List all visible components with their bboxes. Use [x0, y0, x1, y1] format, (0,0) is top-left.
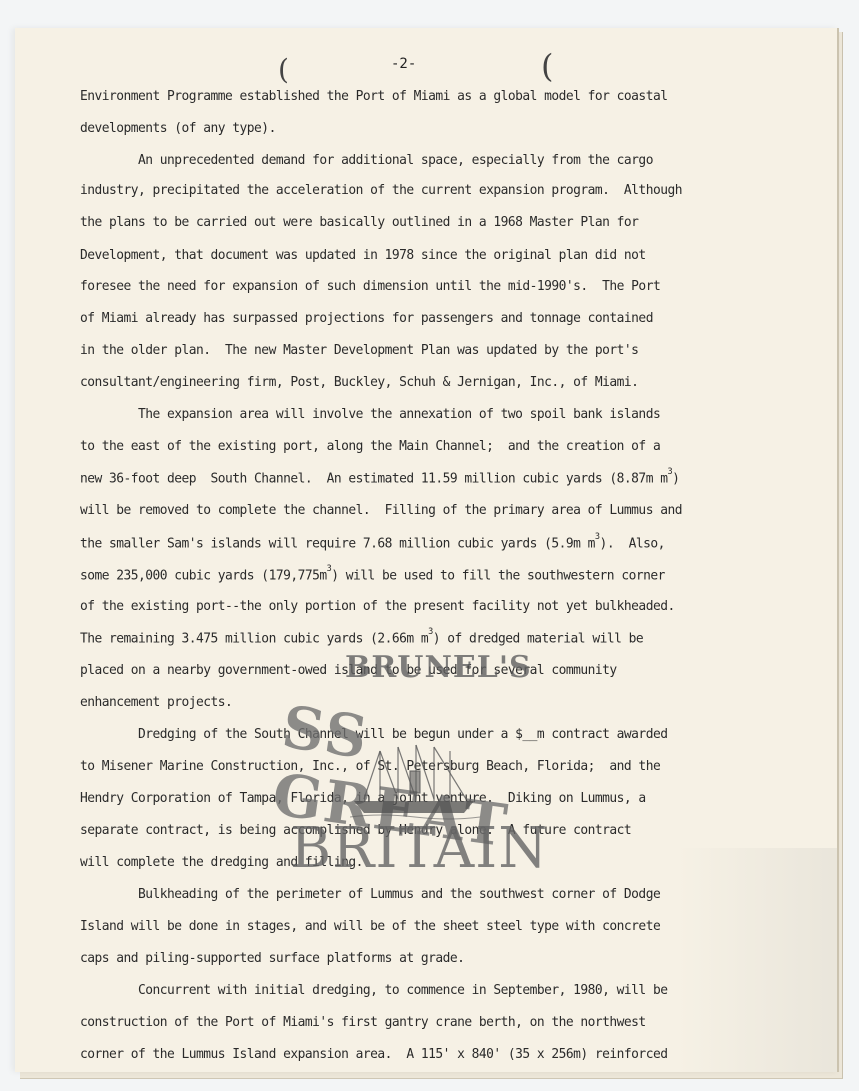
line-text: Concurrent with initial dredging, to com…	[80, 982, 667, 998]
line-text: construction of the Port of Miami's firs…	[80, 1014, 646, 1030]
text-line: some 235,000 cubic yards (179,775m3) wil…	[80, 567, 665, 584]
superscript: 3	[428, 627, 433, 637]
line-text: Environment Programme established the Po…	[80, 88, 667, 104]
line-text: of the existing port--the only portion o…	[80, 598, 675, 614]
text-line: the smaller Sam's islands will require 7…	[80, 535, 665, 552]
superscript: 3	[595, 532, 600, 542]
line-text: some 235,000 cubic yards (179,775m	[80, 568, 327, 584]
line-text: placed on a nearby government-owed islan…	[80, 662, 617, 678]
line-text: the smaller Sam's islands will require 7…	[80, 536, 595, 552]
text-line: construction of the Port of Miami's firs…	[80, 1014, 646, 1030]
text-line: Bulkheading of the perimeter of Lummus a…	[80, 886, 660, 902]
line-text-after: ) will be used to fill the southwestern …	[331, 568, 665, 584]
line-text: Bulkheading of the perimeter of Lummus a…	[80, 886, 660, 902]
hole-punch-mark-left: (	[278, 56, 289, 84]
line-text: will be removed to complete the channel.…	[80, 502, 682, 518]
line-text: Development, that document was updated i…	[80, 247, 646, 263]
line-text: industry, precipitated the acceleration …	[80, 182, 682, 198]
text-line: developments (of any type).	[80, 120, 276, 136]
text-line: Development, that document was updated i…	[80, 247, 646, 263]
text-line: to Misener Marine Construction, Inc., of…	[80, 758, 660, 774]
line-text-after: )	[672, 471, 679, 487]
line-text: caps and piling-supported surface platfo…	[80, 950, 464, 966]
text-line: Island will be done in stages, and will …	[80, 918, 660, 934]
line-text: enhancement projects.	[80, 694, 232, 710]
text-line: Hendry Corporation of Tampa, Florida, in…	[80, 790, 646, 806]
line-text: to the east of the existing port, along …	[80, 438, 660, 454]
text-line: The expansion area will involve the anne…	[80, 406, 660, 422]
text-line: The remaining 3.475 million cubic yards …	[80, 630, 643, 647]
text-line: will complete the dredging and filling.	[80, 854, 363, 870]
superscript: 3	[327, 564, 332, 574]
line-text: An unprecedented demand for additional s…	[80, 152, 653, 168]
line-text: The expansion area will involve the anne…	[80, 406, 660, 422]
text-line: Concurrent with initial dredging, to com…	[80, 982, 667, 998]
line-text: of Miami already has surpassed projectio…	[80, 310, 653, 326]
line-text: Hendry Corporation of Tampa, Florida, in…	[80, 790, 646, 806]
text-line: foresee the need for expansion of such d…	[80, 278, 660, 294]
text-line: of Miami already has surpassed projectio…	[80, 310, 653, 326]
line-text: corner of the Lummus Island expansion ar…	[80, 1046, 667, 1062]
line-text-after: ). Also,	[600, 536, 665, 552]
text-line: separate contract, is being accomplished…	[80, 822, 631, 838]
superscript: 3	[667, 467, 672, 477]
text-line: corner of the Lummus Island expansion ar…	[80, 1046, 667, 1062]
text-line: industry, precipitated the acceleration …	[80, 182, 682, 198]
text-line: caps and piling-supported surface platfo…	[80, 950, 464, 966]
line-text: foresee the need for expansion of such d…	[80, 278, 660, 294]
text-line: in the older plan. The new Master Develo…	[80, 342, 638, 358]
text-line: enhancement projects.	[80, 694, 232, 710]
line-text: the plans to be carried out were basical…	[80, 214, 638, 230]
text-line: consultant/engineering firm, Post, Buckl…	[80, 374, 638, 390]
text-line: the plans to be carried out were basical…	[80, 214, 638, 230]
line-text: Dredging of the South Channel will be be…	[80, 726, 667, 742]
line-text-after: ) of dredged material will be	[433, 631, 643, 647]
line-text: separate contract, is being accomplished…	[80, 822, 631, 838]
text-line: new 36-foot deep South Channel. An estim…	[80, 470, 679, 487]
line-text: The remaining 3.475 million cubic yards …	[80, 631, 428, 647]
page-number: -2-	[391, 56, 416, 72]
text-line: An unprecedented demand for additional s…	[80, 152, 653, 168]
line-text: Island will be done in stages, and will …	[80, 918, 660, 934]
text-line: Dredging of the South Channel will be be…	[80, 726, 667, 742]
line-text: in the older plan. The new Master Develo…	[80, 342, 638, 358]
text-line: placed on a nearby government-owed islan…	[80, 662, 617, 678]
hole-punch-mark-right: (	[541, 52, 553, 80]
line-text: will complete the dredging and filling.	[80, 854, 363, 870]
text-line: of the existing port--the only portion o…	[80, 598, 675, 614]
text-line: will be removed to complete the channel.…	[80, 502, 682, 518]
line-text: to Misener Marine Construction, Inc., of…	[80, 758, 660, 774]
text-line: Environment Programme established the Po…	[80, 88, 667, 104]
line-text: consultant/engineering firm, Post, Buckl…	[80, 374, 638, 390]
text-line: to the east of the existing port, along …	[80, 438, 660, 454]
line-text: developments (of any type).	[80, 120, 276, 136]
line-text: new 36-foot deep South Channel. An estim…	[80, 471, 667, 487]
